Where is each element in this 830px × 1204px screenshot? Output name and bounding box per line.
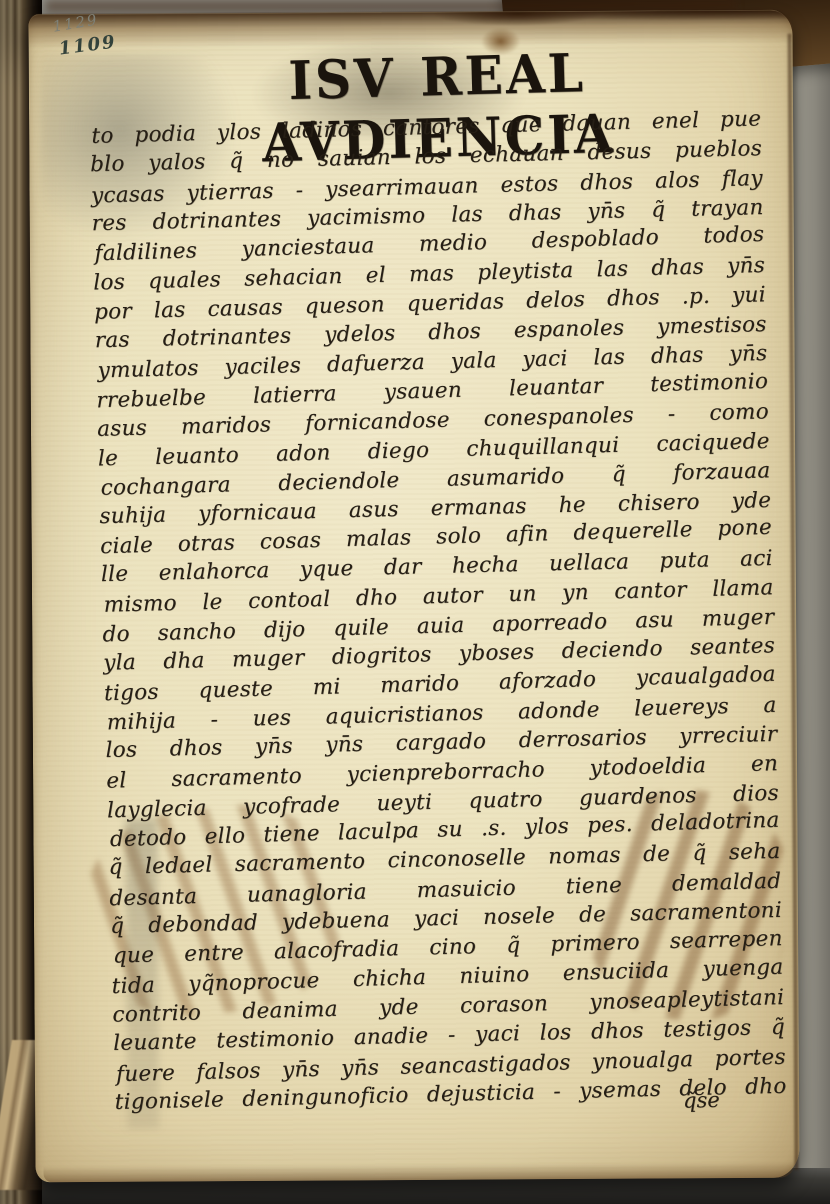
catchword: q̃se [683, 1088, 720, 1113]
manuscript-photo: { "page": { "folio_number_pencil": "1129… [0, 0, 830, 1204]
manuscript-page: 1129 1109 ISV REAL AVDIENCIA to podia yl… [28, 10, 799, 1183]
manuscript-text: to podia ylos ladinos cantores que dauan… [89, 104, 787, 1117]
